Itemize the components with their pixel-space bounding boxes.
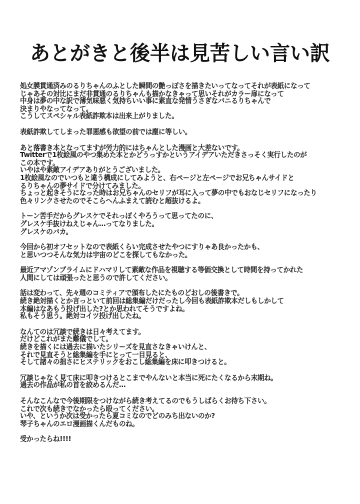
body-text: 処女膜貫通済みのるりちゃんのふとした瞬間の艶っぽさを描きたいってなってそれが表紙… bbox=[20, 83, 346, 444]
text-line: 琴子ちゃんのエロ漫画描くんだものね。 bbox=[20, 421, 346, 429]
paragraph: 最近アマゾンプライムにドハマリして素敵な作品を視聴する等価交換として時間を持って… bbox=[20, 267, 346, 282]
paragraph: なんてのは冗談で続きは日々考えてます。だけどこれがまた難儀でして。続きを描くには… bbox=[20, 329, 346, 367]
paragraph: そんなこんなで今後期限をつけながら続き考えてるのでもうしばらくお待ち下さい。これ… bbox=[20, 398, 346, 428]
paragraph: 処女膜貫通済みのるりちゃんのふとした瞬間の艶っぽさを描きたいってなってそれが表紙… bbox=[20, 83, 346, 121]
text-line: 人間にしては頑張ったと思うので許してください。 bbox=[20, 275, 346, 283]
text-line: 色々リンクさせたのでそこらへんふまえて読むと超抜けるよ。 bbox=[20, 198, 346, 206]
text-line: そして諸々の拙さにヒステリックをおこし総集編を床に叩きつけると。 bbox=[20, 359, 346, 367]
text-line: こうしてスペシャル表紙詐欺本は出来上がりました。 bbox=[20, 113, 346, 121]
text-line: グレスケのバカ。 bbox=[20, 229, 346, 237]
paragraph: あと落書き本となってますが労力的にはちゃんとした漫画と大差ないです。Twitte… bbox=[20, 145, 346, 206]
text-line: 私もそう思う。絶対コイツ投げ出したね。 bbox=[20, 313, 346, 321]
paragraph: 話は変わって、先々週のコミティアで頒布したにたものどおしの後書きで。続き絶対描く… bbox=[20, 290, 346, 320]
text-line: 表紙詐欺してしまった罪悪感も欲望の前では塵に等しい。 bbox=[20, 129, 346, 137]
text-line: 受かったらね!!!! bbox=[20, 436, 346, 444]
text-line: と思いつつそんな気力は宇宙のどこを探してもなかった。 bbox=[20, 252, 346, 260]
text-line: Twitterで1枚絵風のやつ集めた本とかどうっすかというアイデアいただきさっそ… bbox=[20, 152, 346, 160]
page-title: あとがきと後半は見苦しい言い訳 bbox=[0, 0, 360, 65]
paragraph: 冗談じゃなく見て床に叩きつけるとこまでやんないと本当に死にたくなるから末期ね。過… bbox=[20, 375, 346, 390]
paragraph: 受かったらね!!!! bbox=[20, 436, 346, 444]
paragraph: トーン苦手だからグレスケでそれっぽくやろうって思ってたのに、グレスケ手抜けねえじ… bbox=[20, 213, 346, 236]
paragraph: 表紙詐欺してしまった罪悪感も欲望の前では塵に等しい。 bbox=[20, 129, 346, 137]
paragraph: 今回から初オフセットなので表紙くらい完成させたやつにすりゃあ良かったかも、と思い… bbox=[20, 244, 346, 259]
afterword-page: あとがきと後半は見苦しい言い訳 処女膜貫通済みのるりちゃんのふとした瞬間の艶っぽ… bbox=[0, 0, 360, 504]
text-line: 過去の作品が私の首を絞めるんだ… bbox=[20, 382, 346, 390]
